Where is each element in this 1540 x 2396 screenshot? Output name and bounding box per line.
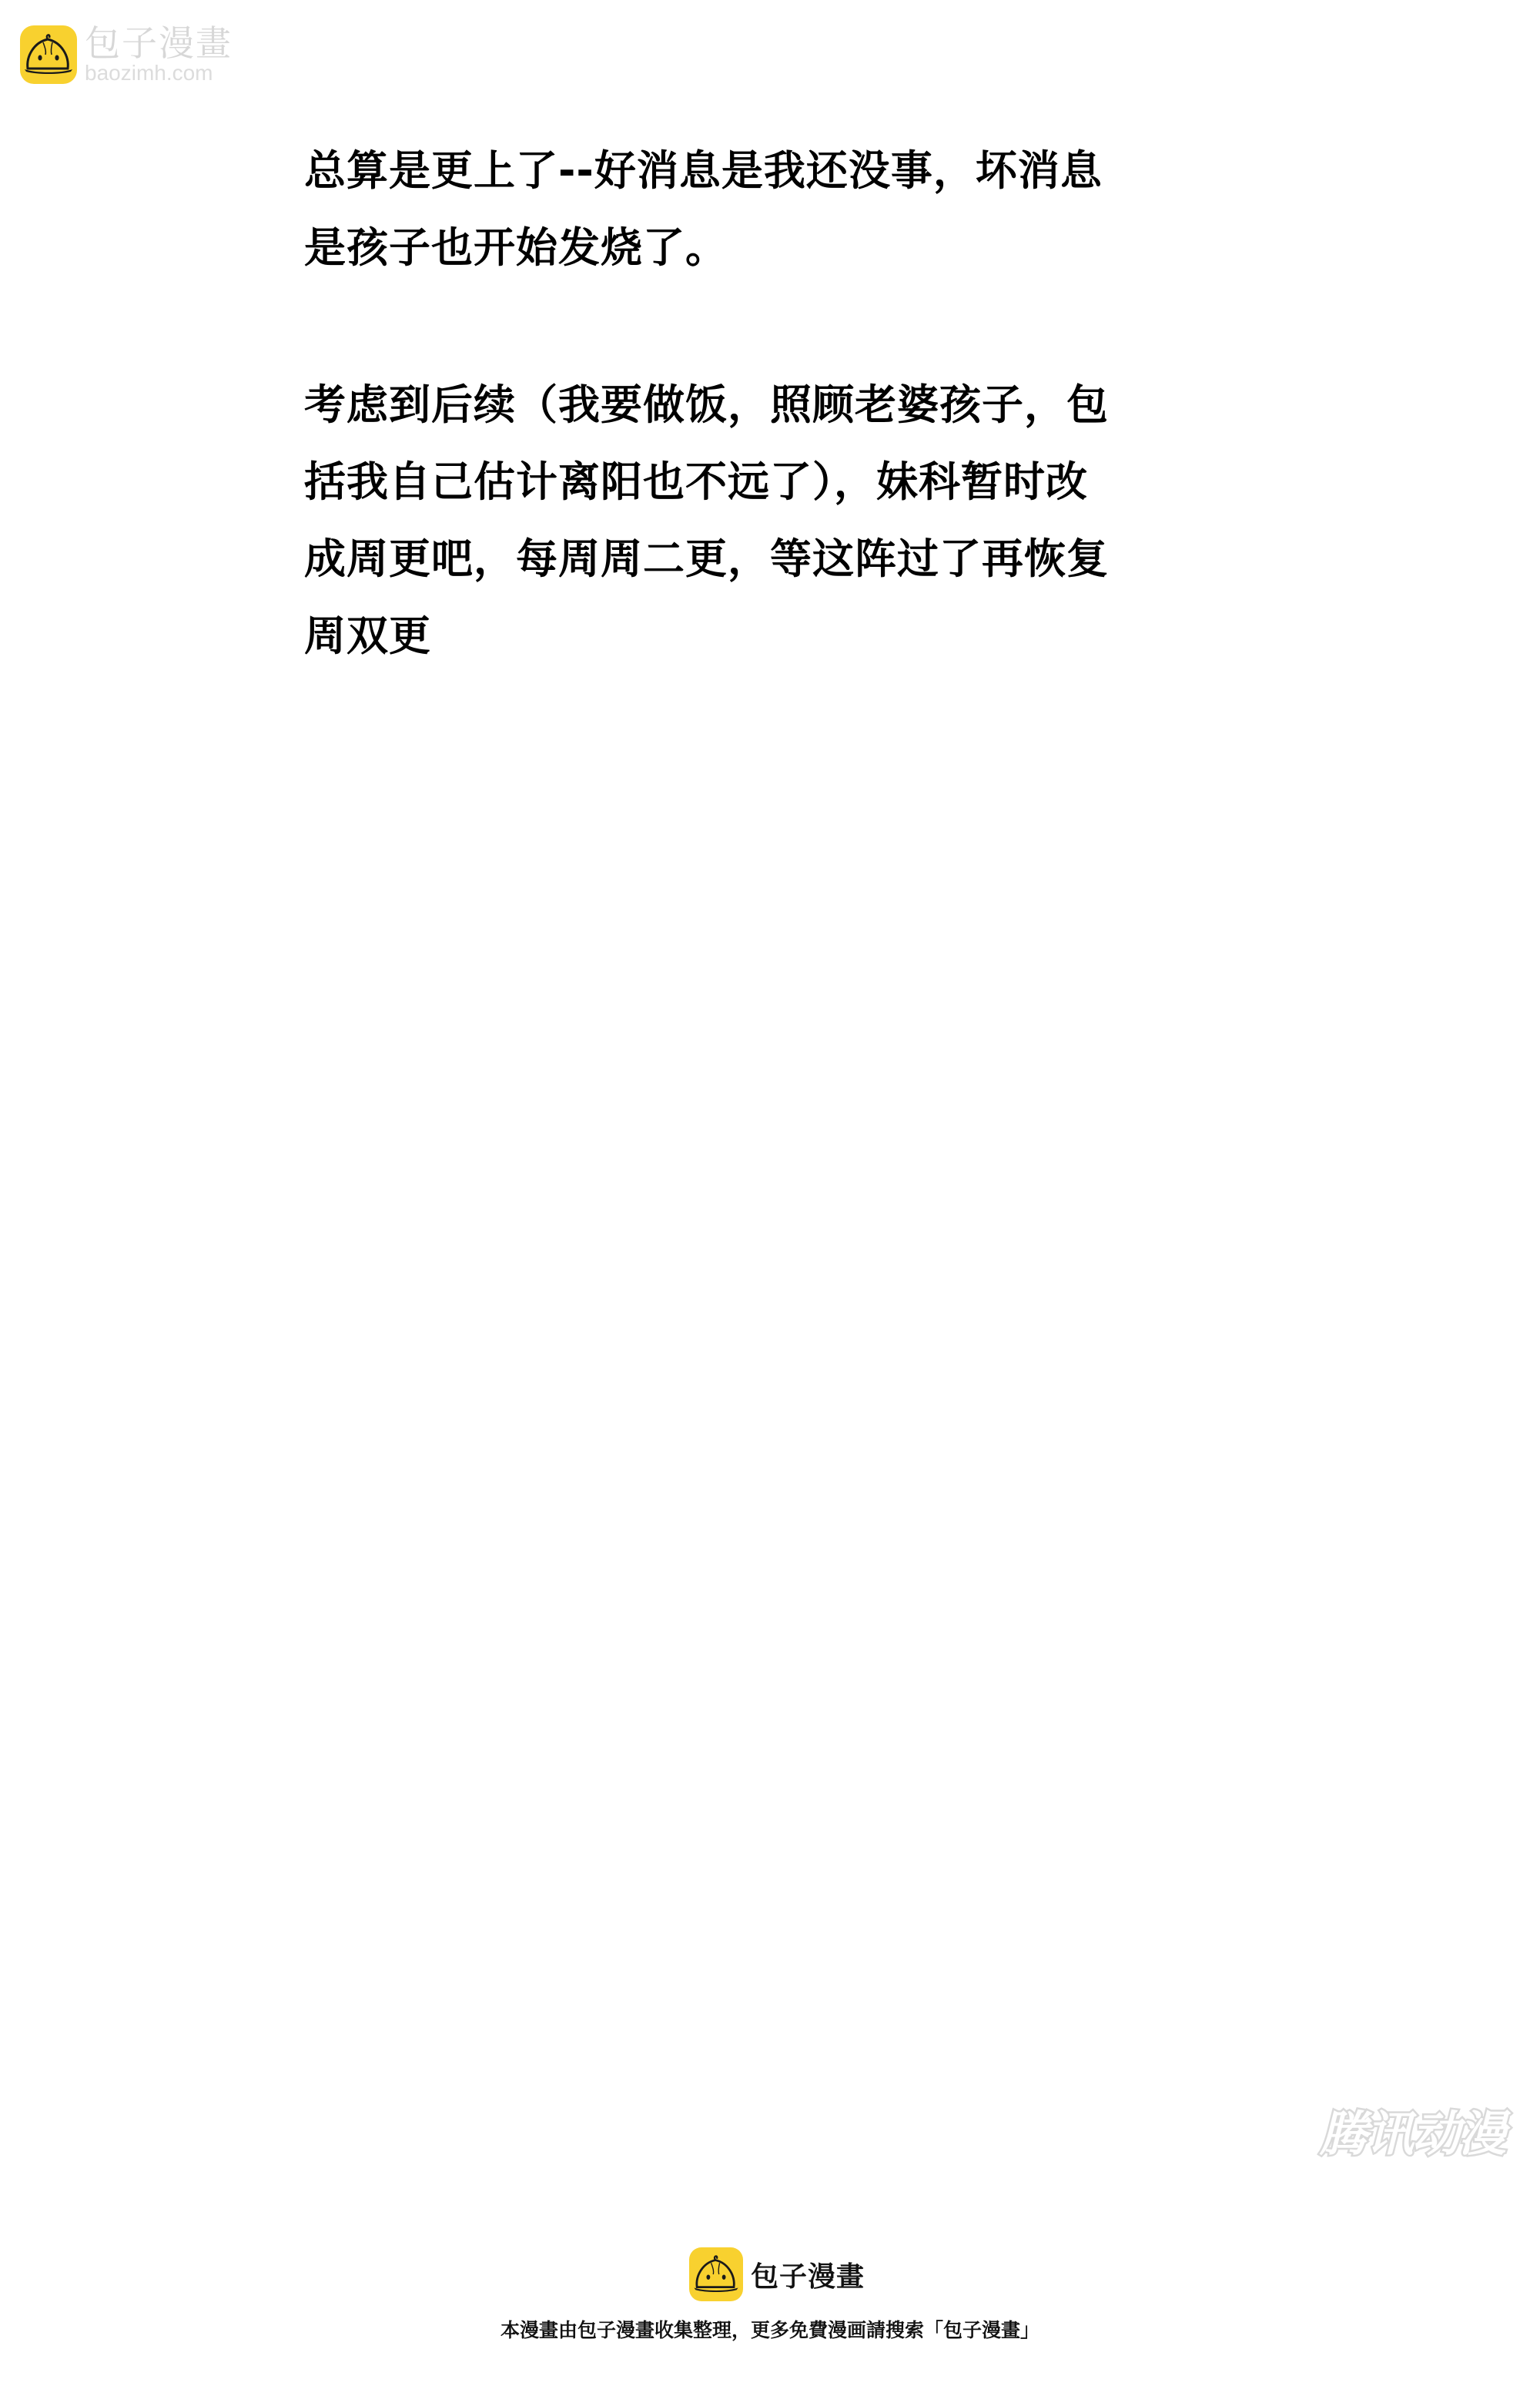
footer-brand-name: 包子漫畫	[751, 2255, 865, 2294]
notice-content: 总算是更上了--好消息是我还没事，坏消息 是孩子也开始发烧了。 考虑到后续（我要…	[304, 132, 1174, 675]
notice-paragraph: 总算是更上了--好消息是我还没事，坏消息 是孩子也开始发烧了。	[304, 132, 1174, 287]
site-watermark: 包子漫畫 baozimh.com	[20, 25, 233, 84]
footer-note: 本漫畫由包子漫畫收集整理，更多免費漫画請搜索「包子漫畫」	[0, 2315, 1540, 2343]
text-line: 周双更	[304, 598, 1174, 675]
footer-brand: 包子漫畫	[689, 2247, 865, 2301]
tencent-comic-watermark: 腾讯动漫	[1287, 2103, 1537, 2156]
text-line: 总算是更上了--好消息是我还没事，坏消息	[304, 132, 1174, 209]
watermark-brand-url: baozimh.com	[85, 62, 233, 84]
text-line: 考虑到后续（我要做饭，照顾老婆孩子，包	[304, 367, 1174, 444]
text-line: 成周更吧，每周周二更，等这阵过了再恢复	[304, 521, 1174, 598]
watermark-brand-name: 包子漫畫	[85, 25, 233, 61]
text-line: 是孩子也开始发烧了。	[304, 209, 1174, 287]
notice-paragraph: 考虑到后续（我要做饭，照顾老婆孩子，包 括我自己估计离阳也不远了），妹科暂时改 …	[304, 367, 1174, 675]
paragraph-gap	[304, 287, 1174, 367]
bun-logo-icon	[689, 2247, 743, 2301]
text-line: 括我自己估计离阳也不远了），妹科暂时改	[304, 444, 1174, 521]
bun-logo-icon	[20, 25, 77, 84]
